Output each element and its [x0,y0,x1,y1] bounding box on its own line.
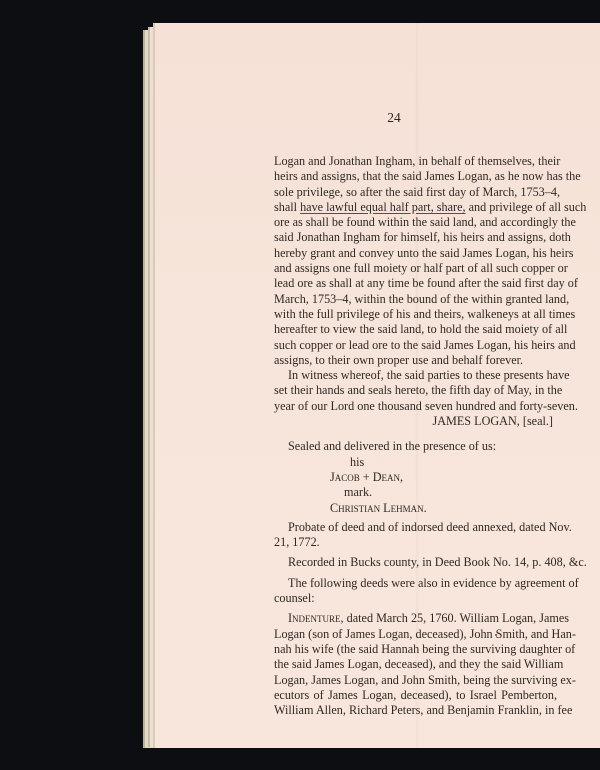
text-line: Recorded in Bucks county, in Deed Book N… [274,555,557,570]
text-line-underlined: shall have lawful equal half part, share… [274,200,557,215]
signature-james-logan: JAMES LOGAN, [seal.] [274,414,557,429]
text-line: counsel: [274,591,557,606]
witness-his: his [274,455,557,470]
witness-mark: mark. [274,485,557,500]
text-line: Logan (son of James Logan, deceased), Jo… [274,627,557,642]
text-line: The following deeds were also in evidenc… [274,576,557,591]
text-line: Probate of deed and of indorsed deed ann… [274,520,557,535]
text-line: year of our Lord one thousand seven hund… [274,399,557,414]
text-post: and privilege of all such [466,200,587,214]
text-line: sole privilege, so after the said first … [274,185,557,200]
text-line: In witness whereof, the said parties to … [274,368,557,383]
text-line: with the full privilege of his and their… [274,307,557,322]
indenture-heading: Indenture, [288,611,344,625]
witness-jacob-dean: Jacob + Dean, [274,470,557,485]
text-line: hereafter to view the said land, to hold… [274,322,557,337]
text-line: such copper or lead ore to the said Jame… [274,338,557,353]
text-line: lead ore as shall at any time be found a… [274,276,557,291]
page-body: Logan and Jonathan Ingham, in behalf of … [274,154,557,718]
page-number: 24 [155,110,600,126]
text-line: ecutors of James Logan, deceased), to Is… [274,688,557,703]
handwritten-underline-text: have lawful equal half part, share, [300,200,465,214]
text-line: Logan and Jonathan Ingham, in behalf of … [274,154,557,169]
text-line: set their hands and seals hereto, the fi… [274,383,557,398]
ink-speck [495,634,497,636]
text-line: hereby grant and convey unto the said Ja… [274,246,557,261]
text-line: said Jonathan Ingham for himself, his he… [274,230,557,245]
text-line-indenture: Indenture, dated March 25, 1760. William… [274,611,557,626]
text-line: March, 1753–4, within the bound of the w… [274,292,557,307]
text-line: nah his wife (the said Hannah being the … [274,642,557,657]
book-page: 24 Logan and Jonathan Ingham, in behalf … [153,23,600,748]
text-line: William Allen, Richard Peters, and Benja… [274,703,557,718]
witness-christian-lehman: Christian Lehman. [274,501,557,516]
text-pre: shall [274,200,300,214]
text-line: Logan, James Logan, and John Smith, bein… [274,673,557,688]
text-line: 21, 1772. [274,535,557,550]
text-line: and assigns one full moiety or half part… [274,261,557,276]
witness-intro: Sealed and delivered in the presence of … [274,439,557,454]
text-post: dated March 25, 1760. William Logan, Jam… [344,611,569,625]
text-line: assigns, to their own proper use and beh… [274,353,557,368]
text-line: the said James Logan, deceased), and the… [274,657,557,672]
text-line: ore as shall be found within the said la… [274,215,557,230]
text-line: heirs and assigns, that the said James L… [274,169,557,184]
